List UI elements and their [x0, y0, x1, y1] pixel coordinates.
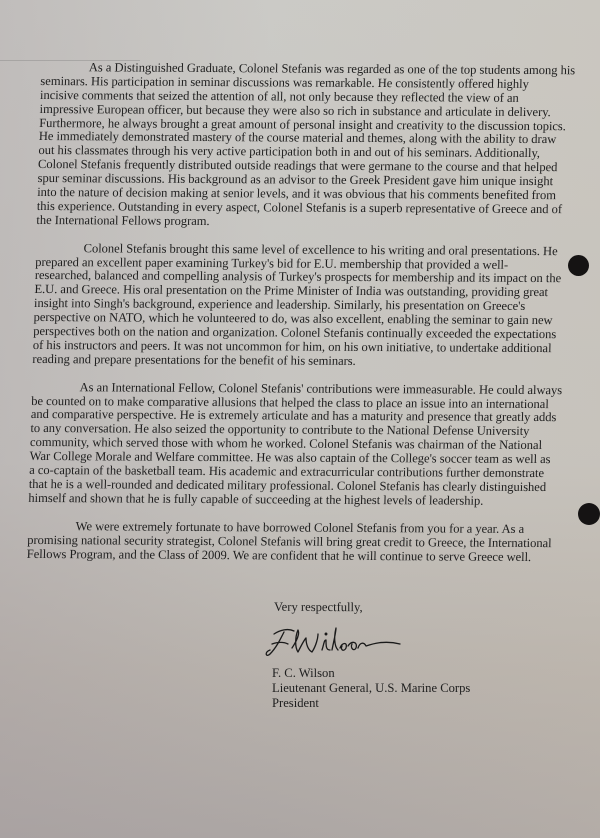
paragraph-distinguished-graduate: As a Distinguished Graduate, Colonel Ste… — [36, 61, 581, 231]
punch-hole — [568, 255, 589, 276]
paragraph-international-fellow: As an International Fellow, Colonel Stef… — [28, 381, 572, 509]
signer-name: F. C. Wilson — [272, 666, 470, 681]
punch-hole — [578, 503, 600, 525]
signer-title: Lieutenant General, U.S. Marine Corps — [272, 681, 470, 696]
handwritten-signature: FCWilson — [262, 622, 412, 662]
paragraph-writing-presentations: Colonel Stefanis brought this same level… — [32, 242, 576, 370]
paragraph-conclusion: We were extremely fortunate to have borr… — [27, 520, 568, 565]
text-line: Fellows Program, and the Class of 2009. … — [27, 547, 567, 564]
letter-body: As a Distinguished Graduate, Colonel Ste… — [26, 61, 581, 579]
closing-salutation: Very respectfully, — [274, 600, 363, 614]
signature-block: F. C. Wilson Lieutenant General, U.S. Ma… — [272, 666, 470, 711]
signer-position: President — [272, 696, 470, 711]
